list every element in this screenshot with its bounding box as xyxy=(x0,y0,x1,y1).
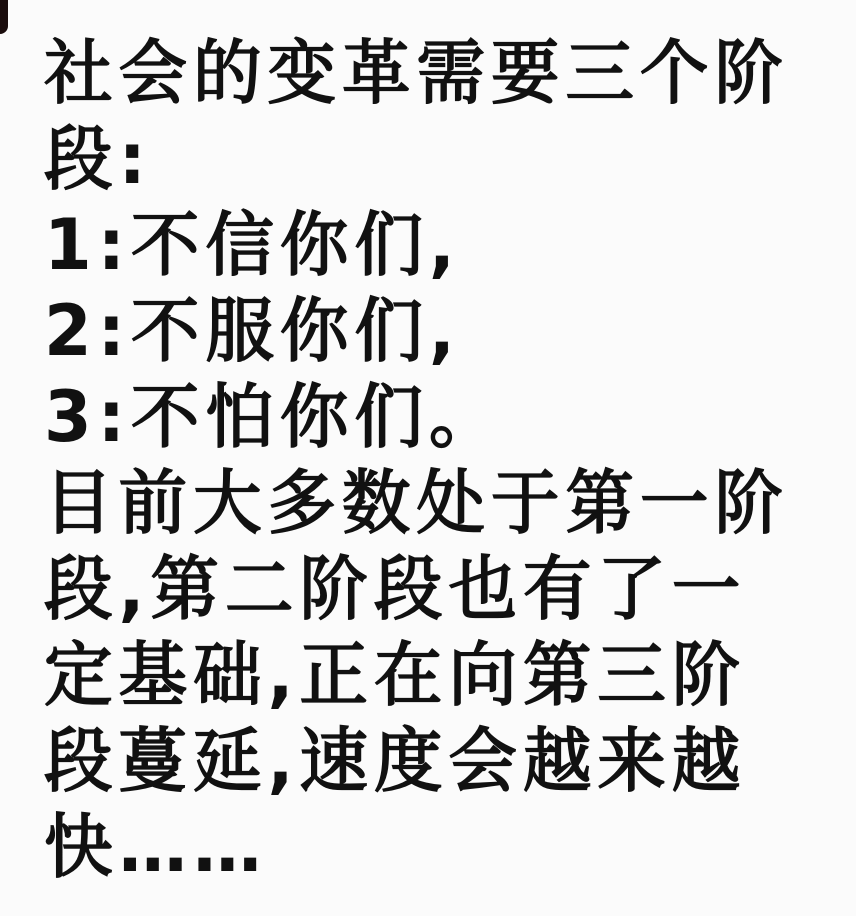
text-document: 社会的变革需要三个阶 段: 1:不信你们, 2:不服你们, 3:不怕你们。 目前… xyxy=(44,30,844,890)
text-line: 快…… xyxy=(44,804,828,890)
text-line: 段,第二阶段也有了一 xyxy=(44,546,828,632)
text-line: 段: xyxy=(44,116,828,202)
text-line: 目前大多数处于第一阶 xyxy=(44,460,828,546)
text-line: 定基础,正在向第三阶 xyxy=(44,632,828,718)
dark-corner-decoration xyxy=(0,0,8,34)
text-line: 段蔓延,速度会越来越 xyxy=(44,718,828,804)
text-line: 3:不怕你们。 xyxy=(44,374,828,460)
text-line: 2:不服你们, xyxy=(44,288,828,374)
text-line: 社会的变革需要三个阶 xyxy=(44,30,828,116)
text-line: 1:不信你们, xyxy=(44,202,828,288)
